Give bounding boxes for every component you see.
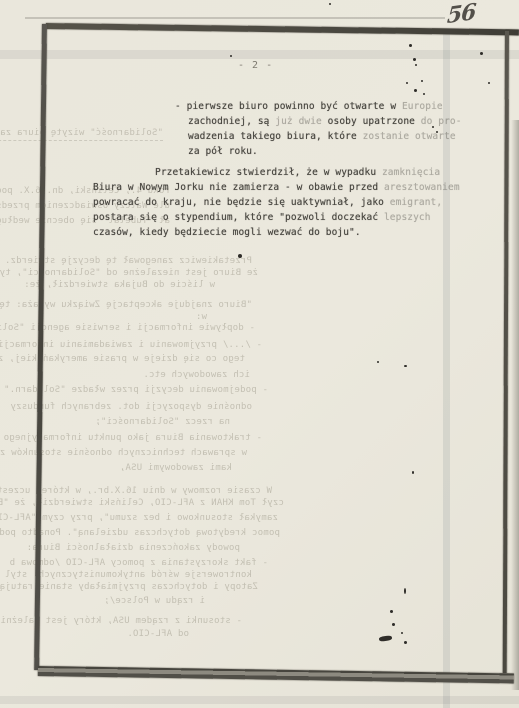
typed-text: za pół roku. bbox=[188, 146, 258, 157]
ink-speck bbox=[238, 254, 242, 258]
scanned-document-page: "Solidarność" wizytę biura zagr.roku 4.,… bbox=[0, 0, 519, 708]
bleedthrough-line: - traktowania Biura jako punktu informac… bbox=[4, 433, 262, 444]
typed-text-faded: do pro- bbox=[421, 116, 462, 127]
bleedthrough-line: - podejmowaniu decyzji przez władze "Sol… bbox=[4, 385, 268, 396]
ink-smudge bbox=[379, 635, 393, 642]
ink-speck bbox=[392, 623, 395, 626]
typed-text: - pierwsze biuro powinno być otwarte w bbox=[175, 101, 402, 112]
scan-top-hairline bbox=[25, 17, 445, 19]
bleedthrough-line: zamykał stosunkowo i bez szumu", przy cz… bbox=[0, 513, 278, 524]
bleedthrough-line: od AFL-CIO. bbox=[127, 629, 189, 640]
ink-speck bbox=[377, 361, 379, 363]
bleedthrough-line: ich zawodowych etc. bbox=[143, 370, 250, 381]
typed-line-p2: Biura w Nowym Jorku nie zamierza - w oba… bbox=[93, 182, 460, 194]
ink-speck bbox=[488, 82, 490, 84]
bleedthrough-line: w liście do Bujaka stwierdził, że: bbox=[24, 280, 215, 291]
typed-text: Przetakiewicz stwierdził, że w wypadku bbox=[155, 167, 382, 178]
ink-speck bbox=[414, 89, 417, 92]
bleedthrough-line: kami zawodowymi USA, bbox=[120, 463, 232, 474]
typed-text: czasów, kiedy będziecie mogli wezwać do … bbox=[93, 227, 361, 238]
typed-text: Biura w Nowym Jorku nie zamierza - w oba… bbox=[93, 182, 384, 193]
typed-line-p2: czasów, kiedy będziecie mogli wezwać do … bbox=[93, 227, 361, 239]
bleedthrough-line: w: bbox=[196, 312, 207, 323]
typed-line-p1: - pierwsze biuro powinno być otwarte w E… bbox=[175, 101, 443, 113]
ink-speck bbox=[413, 58, 416, 61]
scan-band-horizontal-bottom bbox=[0, 696, 519, 704]
bleedthrough-line: pomoc kredytową dotychczas udzielaną". P… bbox=[0, 528, 280, 539]
frame-border-right bbox=[503, 31, 509, 673]
typed-text: zachodniej, są bbox=[188, 116, 275, 127]
ink-speck bbox=[423, 93, 425, 95]
ink-speck bbox=[404, 365, 407, 367]
typed-text: powracać do kraju, nie będzie się uaktyw… bbox=[93, 197, 390, 208]
scan-right-edge-shadow bbox=[511, 120, 519, 690]
typed-text-faded: zostanie otwarte bbox=[363, 131, 456, 142]
ink-speck bbox=[404, 588, 406, 594]
typed-text: osoby upatrzone bbox=[322, 116, 421, 127]
typed-text: wadzenia takiego biura, które bbox=[188, 131, 363, 142]
ink-speck bbox=[404, 641, 407, 644]
typed-text-faded: lepszych bbox=[384, 212, 431, 223]
ink-speck bbox=[480, 52, 483, 55]
bleedthrough-line: czył Tom KHAN z AFL-CIO, Celiński stwier… bbox=[0, 498, 284, 509]
scan-band-horizontal-top bbox=[0, 50, 519, 59]
typed-line-p2: postara się o stypendium, które "pozwoli… bbox=[93, 212, 431, 224]
typed-line-p1: za pół roku. bbox=[188, 146, 258, 158]
typed-text-faded: aresztowaniem bbox=[384, 182, 460, 193]
typed-line-p2: Przetakiewicz stwierdził, że w wypadku z… bbox=[155, 167, 440, 179]
bleedthrough-line: kontrowersje wśród antykomunistycznych, … bbox=[5, 570, 252, 581]
ink-speck bbox=[421, 80, 423, 82]
ink-speck bbox=[406, 82, 408, 84]
ink-speck bbox=[390, 610, 393, 613]
typed-text-faded: zamknięcia bbox=[382, 167, 440, 178]
typed-line-p2: powracać do kraju, nie będzie się uaktyw… bbox=[93, 197, 442, 209]
ink-speck bbox=[401, 632, 403, 634]
bleedthrough-line: tego co się dzieje w prasie amerykańskie… bbox=[0, 354, 245, 365]
typed-text-faded: Europie bbox=[402, 101, 443, 112]
ink-speck bbox=[415, 64, 417, 66]
handwritten-page-number: 56 bbox=[446, 0, 476, 29]
ink-speck bbox=[230, 55, 232, 57]
bleedthrough-line: - fakt skorzystania z pomocy AFL-CIO /od… bbox=[10, 558, 268, 569]
typed-text: postara się o stypendium, które "pozwoli… bbox=[93, 212, 384, 223]
bleedthrough-line: "Solidarność" wizytę biura zagr. bbox=[0, 128, 163, 141]
bleedthrough-line: i rządu w Polsce/; bbox=[104, 596, 205, 607]
ink-speck bbox=[436, 131, 438, 133]
bleedthrough-line: na rzecz "Solidarności"; bbox=[95, 417, 230, 428]
ink-speck bbox=[329, 3, 331, 5]
typed-page-number: - 2 - bbox=[238, 60, 273, 71]
ink-speck bbox=[412, 471, 414, 474]
typed-line-p1: zachodniej, są już dwie osoby upatrzone … bbox=[188, 116, 462, 128]
bleedthrough-line: powody zakończenia działalności Biura: bbox=[26, 543, 240, 554]
bleedthrough-line: odnośnie dyspozycji dot. zebranych fundu… bbox=[10, 402, 252, 413]
ink-speck bbox=[432, 126, 434, 128]
typed-text-faded: emigrant, bbox=[390, 197, 442, 208]
typed-text-faded: już dwie bbox=[275, 116, 322, 127]
typed-line-p1: wadzenia takiego biura, które zostanie o… bbox=[188, 131, 456, 143]
ink-speck bbox=[409, 44, 412, 47]
